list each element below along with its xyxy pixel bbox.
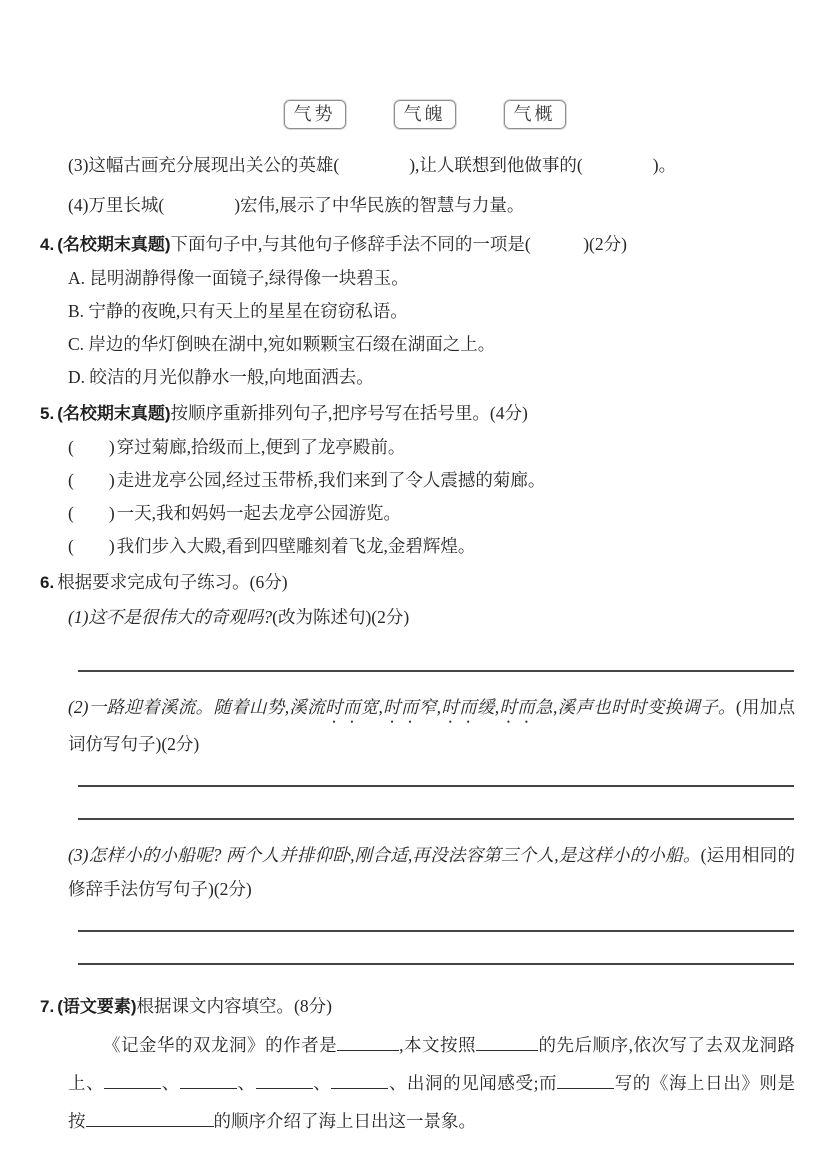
item-number: (3) — [68, 155, 88, 175]
sentence: 溪声也时时变换调子。 — [557, 697, 735, 717]
answer-line — [78, 963, 794, 965]
cloze-text: 、 — [237, 1073, 256, 1093]
option-d: D. 皎洁的月光似静水一般,向地面洒去。 — [68, 361, 797, 394]
fill-blank — [104, 1073, 161, 1089]
sentence: 急, — [535, 697, 557, 717]
fill-blank — [331, 1073, 388, 1089]
sentence: 走进龙亭公园,经过玉带桥,我们来到了令人震撼的菊廊。 — [117, 470, 546, 490]
question-5: 5.(名校期末真题)按顺序重新排列句子,把序号写在括号里。(4分) ( )穿过菊… — [40, 396, 797, 563]
cloze-text: 、出洞的见闻感受;而 — [388, 1073, 557, 1093]
question-6-sub-3: (3)怎样小的小船呢? 两个人并排仰卧,刚合适,再没法容第三个人,是这样小的小船… — [68, 838, 795, 906]
cloze-text: 《记金华的双龙洞》的作者是 — [103, 1035, 337, 1055]
question-number: 6. — [40, 573, 54, 592]
sequence-item-3: ( )一天,我和妈妈一起去龙亭公园游览。 — [68, 497, 797, 530]
answer-bracket: ( ) — [68, 503, 115, 523]
answer-bracket: ( ) — [68, 536, 115, 556]
question-6-sub-1: (1)这不是很伟大的奇观吗?(改为陈述句)(2分) — [68, 600, 795, 634]
item-number: (4) — [68, 195, 88, 215]
sub-number: (2) — [68, 697, 88, 717]
answer-line — [78, 785, 794, 787]
sub-number: (1) — [68, 607, 88, 627]
fill-blank — [476, 1035, 538, 1051]
word-option-1: 气势 — [284, 100, 346, 129]
sentence: 穿过菊廊,拾级而上,便到了龙亭殿前。 — [117, 437, 406, 457]
question-6: 6.根据要求完成句子练习。(6分) (1)这不是很伟大的奇观吗?(改为陈述句)(… — [40, 565, 797, 965]
sentence: 一路迎着溪流。随着山势,溪流 — [88, 697, 325, 717]
question-number: 5. — [40, 404, 54, 423]
item-text: 这幅古画充分展现出关公的英雄( ),让人联想到他做事的( )。 — [88, 155, 676, 175]
question-4-heading: 4.(名校期末真题)下面句子中,与其他句子修辞手法不同的一项是( )(2分) — [40, 227, 797, 262]
emphasized-word: 时而 — [383, 697, 419, 717]
emphasized-word: 时而 — [441, 697, 477, 717]
answer-line — [78, 670, 794, 672]
question-number: 4. — [40, 235, 54, 254]
word-option-2: 气魄 — [394, 100, 456, 129]
sentence: 怎样小的小船呢? 两个人并排仰卧,刚合适,再没法容第三个人,是这样小的小船。 — [88, 845, 700, 865]
word-bank: 气势 气魄 气概 — [52, 100, 797, 129]
cloze-text: 、 — [313, 1073, 332, 1093]
question-tag: (名校期末真题) — [57, 404, 170, 423]
sentence: 这不是很伟大的奇观吗? — [88, 607, 272, 627]
emphasized-word: 时而 — [499, 697, 535, 717]
cloze-text: 的顺序介绍了海上日出这一景象。 — [214, 1111, 477, 1131]
answer-bracket: ( ) — [68, 470, 115, 490]
answer-line — [78, 930, 794, 932]
question-7-heading: 7.(语文要素)根据课文内容填空。(8分) — [40, 989, 797, 1024]
fill-blank — [180, 1073, 237, 1089]
option-c: C. 岸边的华灯倒映在湖中,宛如颗颗宝石缀在湖面之上。 — [68, 328, 797, 361]
question-4: 4.(名校期末真题)下面句子中,与其他句子修辞手法不同的一项是( )(2分) A… — [40, 227, 797, 394]
question-number: 7. — [40, 997, 54, 1016]
question-5-heading: 5.(名校期末真题)按顺序重新排列句子,把序号写在括号里。(4分) — [40, 396, 797, 431]
answer-line — [78, 818, 794, 820]
option-a: A. 昆明湖静得像一面镜子,绿得像一块碧玉。 — [68, 262, 797, 295]
sequence-item-2: ( )走进龙亭公园,经过玉带桥,我们来到了令人震撼的菊廊。 — [68, 464, 797, 497]
question-stem: 下面句子中,与其他句子修辞手法不同的一项是( )(2分) — [171, 234, 627, 254]
question-stem: 按顺序重新排列句子,把序号写在括号里。(4分) — [171, 403, 528, 423]
sub-number: (3) — [68, 845, 88, 865]
fill-item-3: (3)这幅古画充分展现出关公的英雄( ),让人联想到他做事的( )。 — [68, 145, 797, 185]
question-tag: (语文要素) — [57, 997, 136, 1016]
sentence: 一天,我和妈妈一起去龙亭公园游览。 — [117, 503, 401, 523]
fill-blank — [557, 1073, 614, 1089]
question-stem: 根据课文内容填空。(8分) — [137, 996, 332, 1016]
sentence: 缓, — [477, 697, 499, 717]
sentence: 窄, — [419, 697, 441, 717]
fill-item-4: (4)万里长城( )宏伟,展示了中华民族的智慧与力量。 — [68, 185, 797, 225]
sequence-item-1: ( )穿过菊廊,拾级而上,便到了龙亭殿前。 — [68, 431, 797, 464]
sequence-item-4: ( )我们步入大殿,看到四壁雕刻着飞龙,金碧辉煌。 — [68, 530, 797, 563]
fill-blank — [86, 1111, 214, 1127]
fill-blank — [337, 1035, 399, 1051]
sentence: 宽, — [361, 697, 383, 717]
question-6-sub-2: (2)一路迎着溪流。随着山势,溪流时而宽,时而窄,时而缓,时而急,溪声也时时变换… — [68, 690, 795, 761]
cloze-text: ,本文按照 — [399, 1035, 476, 1055]
fill-blank — [256, 1073, 313, 1089]
emphasized-word: 时而 — [325, 697, 361, 717]
item-text: 万里长城( )宏伟,展示了中华民族的智慧与力量。 — [88, 195, 524, 215]
cloze-paragraph: 《记金华的双龙洞》的作者是,本文按照的先后顺序,依次写了去双龙洞路上、、、、、出… — [68, 1026, 795, 1140]
question-6-heading: 6.根据要求完成句子练习。(6分) — [40, 565, 797, 600]
answer-bracket: ( ) — [68, 437, 115, 457]
page-content: 气势 气魄 气概 (3)这幅古画充分展现出关公的英雄( ),让人联想到他做事的(… — [0, 0, 827, 1140]
question-stem: 根据要求完成句子练习。(6分) — [57, 572, 287, 592]
instruction-note: (改为陈述句)(2分) — [272, 607, 409, 627]
option-b: B. 宁静的夜晚,只有天上的星星在窃窃私语。 — [68, 295, 797, 328]
sentence: 我们步入大殿,看到四壁雕刻着飞龙,金碧辉煌。 — [117, 536, 476, 556]
question-tag: (名校期末真题) — [57, 235, 170, 254]
word-option-3: 气概 — [504, 100, 566, 129]
worksheet-page: 气势 气魄 气概 (3)这幅古画充分展现出关公的英雄( ),让人联想到他做事的(… — [0, 0, 827, 1169]
cloze-text: 、 — [161, 1073, 180, 1093]
question-7: 7.(语文要素)根据课文内容填空。(8分) 《记金华的双龙洞》的作者是,本文按照… — [40, 989, 797, 1140]
